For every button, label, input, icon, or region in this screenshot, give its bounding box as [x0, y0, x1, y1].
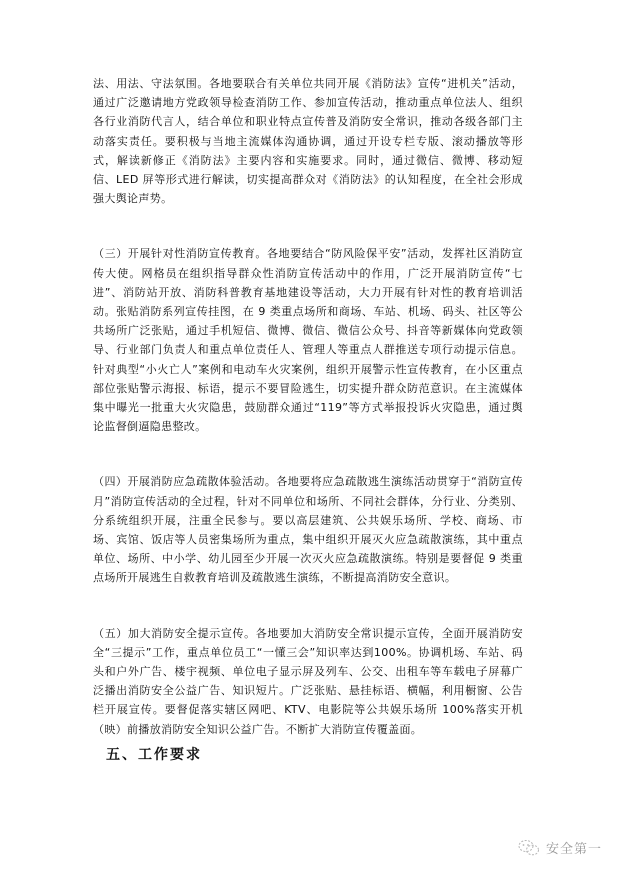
watermark-text: 安全第一	[546, 838, 602, 857]
wechat-icon	[518, 839, 540, 857]
watermark: 安全第一	[518, 838, 602, 857]
paragraph-evacuation-drills: （四）开展消防应急疏散体验活动。各地要将应急疏散逃生演练活动贯穿于“消防宣传月”…	[93, 472, 523, 587]
paragraph-targeted-education: （三）开展针对性消防宣传教育。各地要结合“防风险保平安”活动，发挥社区消防宣传大…	[93, 244, 523, 436]
section-heading: 五、工作要求	[106, 744, 202, 764]
document-body: 法、用法、守法氛围。各地要联合有关单位共同开展《消防法》宣传“进机关”活动，通过…	[93, 74, 523, 739]
paragraph-safety-reminders: （五）加大消防安全提示宣传。各地要加大消防安全常识提示宣传，全面开展消防安全“三…	[93, 624, 523, 739]
paragraph-awareness: 法、用法、守法氛围。各地要联合有关单位共同开展《消防法》宣传“进机关”活动，通过…	[93, 74, 523, 208]
